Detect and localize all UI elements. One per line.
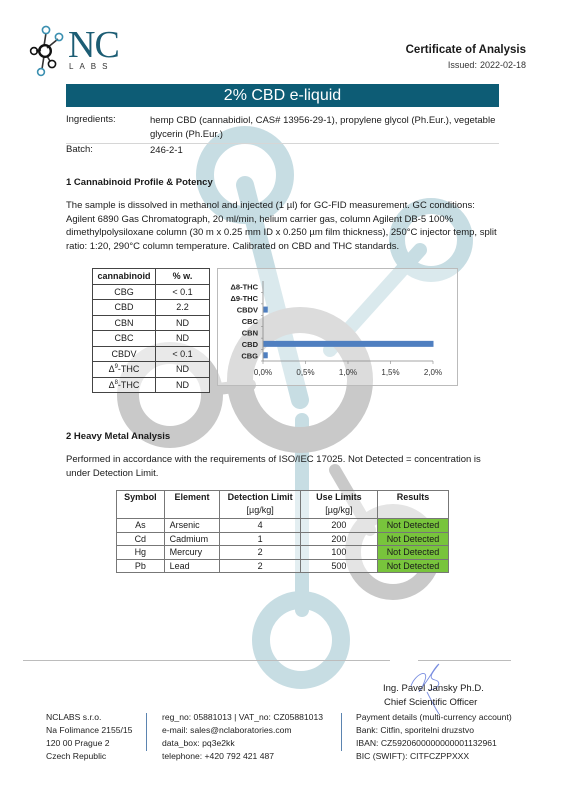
issued-date: Issued:2022-02-18 xyxy=(445,60,526,70)
issued-label: Issued: xyxy=(448,60,477,70)
footer-line: 120 00 Prague 2 xyxy=(46,737,132,750)
column-header: Detection Limit[µg/kg] xyxy=(220,491,300,519)
logo-wordmark: NC xyxy=(68,26,119,64)
cannabinoid-value: ND xyxy=(156,331,210,347)
column-header: Results xyxy=(377,491,448,519)
footer-line: BIC (SWIFT): CITFCZPPXXX xyxy=(356,750,512,763)
metal-limit: 100 xyxy=(300,546,377,560)
product-info: Ingredients: hemp CBD (cannabidiol, CAS#… xyxy=(66,114,499,158)
cannabinoid-name: CBN xyxy=(93,315,156,331)
bar xyxy=(264,352,268,358)
metal-symbol: As xyxy=(117,519,165,533)
document-type: Certificate of Analysis xyxy=(406,44,526,56)
category-label: CBN xyxy=(242,328,258,337)
result-badge: Not Detected xyxy=(377,532,448,546)
batch-value: 246-2-1 xyxy=(150,144,499,158)
metal-limit: 200 xyxy=(300,532,377,546)
table-row: HgMercury2100Not Detected xyxy=(117,546,449,560)
footer-email[interactable]: e-mail: sales@nclaboratories.com xyxy=(162,724,323,737)
metal-element: Cadmium xyxy=(164,532,220,546)
cannabinoid-name: CBDV xyxy=(93,346,156,362)
footer-line: reg_no: 05881013 | VAT_no: CZ05881013 xyxy=(162,711,323,724)
cannabinoid-name: CBC xyxy=(93,331,156,347)
footer-line: data_box: pq3e2kk xyxy=(162,737,323,750)
signatory-name: Ing. Pavel Jansky Ph.D. xyxy=(383,683,484,694)
footer-contact: reg_no: 05881013 | VAT_no: CZ05881013 e-… xyxy=(162,711,323,763)
column-header: Symbol xyxy=(117,491,165,519)
table-row: CBD2.2 xyxy=(93,300,210,316)
footer-line: Bank: Citfin, sporitelni druzstvo xyxy=(356,724,512,737)
category-label: CBDV xyxy=(237,306,258,315)
cannabinoid-value: ND xyxy=(156,377,210,393)
cannabinoid-name: Δ9-THC xyxy=(93,362,156,378)
footer-line: Na Folimance 2155/15 xyxy=(46,724,132,737)
molecule-logo-icon xyxy=(28,24,68,80)
cannabinoid-value: < 0.1 xyxy=(156,284,210,300)
ingredients-label: Ingredients: xyxy=(66,114,150,142)
metal-detection: 4 xyxy=(220,519,300,533)
logo-subtitle: LABS xyxy=(69,62,113,71)
cannabinoid-value: ND xyxy=(156,362,210,378)
cannabinoid-value: 2.2 xyxy=(156,300,210,316)
tick-label: 1,0% xyxy=(339,368,357,377)
signatory-role: Chief Scientific Officer xyxy=(384,697,477,708)
section-heading-cannabinoid: 1 Cannabinoid Profile & Potency xyxy=(66,177,213,188)
footer-phone: telephone: +420 792 421 487 xyxy=(162,750,323,763)
category-label: Δ8-THC xyxy=(231,283,259,292)
metal-element: Mercury xyxy=(164,546,220,560)
table-row: AsArsenic4200Not Detected xyxy=(117,519,449,533)
ingredients-line: glycerin (Ph.Eur.) xyxy=(150,128,499,142)
category-label: CBC xyxy=(242,317,259,326)
table-row: CBDV< 0.1 xyxy=(93,346,210,362)
bar-chart: CBGCBDCBNCBCCBDVΔ9-THCΔ8-THC0,0%0,5%1,0%… xyxy=(218,269,457,385)
batch-label: Batch: xyxy=(66,144,150,158)
cannabinoid-name: Δ8-THC xyxy=(93,377,156,393)
metal-detection: 2 xyxy=(220,559,300,573)
table-row: CBG< 0.1 xyxy=(93,284,210,300)
column-header: % w. xyxy=(156,269,210,285)
category-label: CBD xyxy=(242,340,259,349)
metal-detection: 1 xyxy=(220,532,300,546)
cannabinoid-value: < 0.1 xyxy=(156,346,210,362)
issued-value: 2022-02-18 xyxy=(480,60,526,70)
divider xyxy=(23,660,390,661)
metal-symbol: Pb xyxy=(117,559,165,573)
footer-line: Payment details (multi-currency account) xyxy=(356,711,512,724)
metal-symbol: Cd xyxy=(117,532,165,546)
ingredients-value: hemp CBD (cannabidiol, CAS# 13956-29-1),… xyxy=(150,114,499,142)
product-title: 2% CBD e-liquid xyxy=(66,84,499,107)
footer-divider xyxy=(341,713,342,751)
metal-limit: 200 xyxy=(300,519,377,533)
result-badge: Not Detected xyxy=(377,559,448,573)
table-row: Δ9-THCND xyxy=(93,362,210,378)
table-row: CdCadmium1200Not Detected xyxy=(117,532,449,546)
ingredients-line: hemp CBD (cannabidiol, CAS# 13956-29-1),… xyxy=(150,114,499,128)
footer-company: NCLABS s.r.o. Na Folimance 2155/15 120 0… xyxy=(46,711,132,763)
category-label: Δ9-THC xyxy=(231,294,259,303)
tick-label: 0,5% xyxy=(296,368,314,377)
cannabinoid-chart: CBGCBDCBNCBCCBDVΔ9-THCΔ8-THC0,0%0,5%1,0%… xyxy=(217,268,458,386)
bar xyxy=(264,307,268,313)
column-header: Use Limits[µg/kg] xyxy=(300,491,377,519)
metal-element: Lead xyxy=(164,559,220,573)
category-label: CBG xyxy=(241,351,258,360)
metal-symbol: Hg xyxy=(117,546,165,560)
footer-line: IBAN: CZ5920600000000001132961 xyxy=(356,737,512,750)
heavy-metal-description: Performed in accordance with the require… xyxy=(66,453,502,480)
column-header: Element xyxy=(164,491,220,519)
table-header-row: SymbolElementDetection Limit[µg/kg]Use L… xyxy=(117,491,449,519)
result-badge: Not Detected xyxy=(377,546,448,560)
bar xyxy=(264,341,434,347)
heavy-metal-table: SymbolElementDetection Limit[µg/kg]Use L… xyxy=(116,490,449,573)
table-row: CBCND xyxy=(93,331,210,347)
method-description: The sample is dissolved in methanol and … xyxy=(66,199,502,253)
tick-label: 1,5% xyxy=(381,368,399,377)
cannabinoid-name: CBD xyxy=(93,300,156,316)
column-header: cannabinoid xyxy=(93,269,156,285)
tick-label: 2,0% xyxy=(424,368,442,377)
cannabinoid-table: cannabinoid % w. CBG< 0.1CBD2.2CBNNDCBCN… xyxy=(92,268,210,393)
section-heading-heavy-metals: 2 Heavy Metal Analysis xyxy=(66,431,170,442)
cannabinoid-value: ND xyxy=(156,315,210,331)
tick-label: 0,0% xyxy=(254,368,272,377)
batch-row: Batch: 246-2-1 xyxy=(66,144,499,158)
footer-divider xyxy=(146,713,147,751)
metal-limit: 500 xyxy=(300,559,377,573)
footer-line: NCLABS s.r.o. xyxy=(46,711,132,724)
footer-line: Czech Republic xyxy=(46,750,132,763)
table-header-row: cannabinoid % w. xyxy=(93,269,210,285)
table-row: Δ8-THCND xyxy=(93,377,210,393)
cannabinoid-name: CBG xyxy=(93,284,156,300)
footer-payment: Payment details (multi-currency account)… xyxy=(356,711,512,763)
nc-labs-logo: NC LABS xyxy=(28,24,128,80)
metal-detection: 2 xyxy=(220,546,300,560)
table-row: PbLead2500Not Detected xyxy=(117,559,449,573)
metal-element: Arsenic xyxy=(164,519,220,533)
result-badge: Not Detected xyxy=(377,519,448,533)
table-row: CBNND xyxy=(93,315,210,331)
ingredients-row: Ingredients: hemp CBD (cannabidiol, CAS#… xyxy=(66,114,499,144)
